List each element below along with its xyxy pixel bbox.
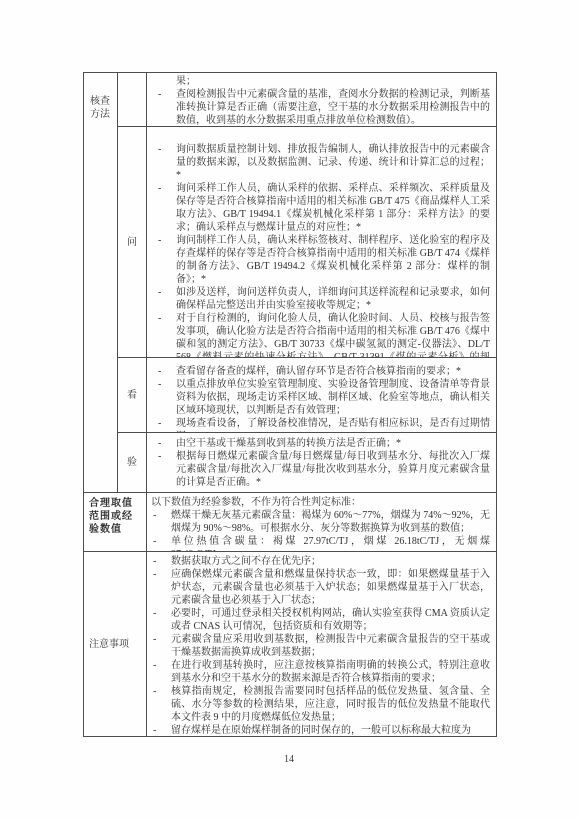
section-value-range: 合理取值范围或经验数值 以下数值为经验参数，不作为符合性判定标准： 燃煤干燥无灰… — [84, 493, 496, 552]
bullet-item: 在进行收到基转换时，应注意按核算指南明确的转换公式，特别注意收到基水分和空干基水… — [151, 659, 490, 685]
row-header-value-range: 合理取值范围或经验数值 — [84, 493, 147, 551]
bullet-dash-icon — [151, 555, 171, 568]
row-header-label: 核查方法 — [90, 96, 110, 120]
bullet-text: 查阅检测报告中元素碳含量的基准，查阅水分数据的检测记录，判断基准转换计算是否正确… — [176, 88, 490, 126]
bullet-dash-icon — [151, 568, 171, 607]
bullet-dash-icon — [156, 286, 176, 312]
bullet-dash-icon — [156, 437, 176, 450]
bullet-dash-icon — [156, 234, 176, 286]
bullet-item: 元素碳含量应采用收到基数据，检测报告中元素碳含量报告的空干基或干燥基数据需换算成… — [151, 633, 490, 659]
bullet-text: 查看留存备查的煤样，确认留存环节是否符合核算指南的要求；* — [176, 365, 490, 378]
bullet-dash-icon — [151, 535, 171, 551]
bullet-dash-icon — [156, 378, 176, 417]
bullet-dash-icon — [151, 724, 171, 736]
bullet-text: 单位热值含碳量：褐煤 27.97tC/TJ，烟煤 26.18tC/TJ，无烟煤 … — [171, 535, 490, 551]
subrow-content: 果； 查阅检测报告中元素碳含量的基准，查阅水分数据的检测记录，判断基准转换计算是… — [147, 73, 496, 126]
bullet-dash-icon — [156, 88, 176, 126]
bullet-dash-icon — [151, 659, 171, 685]
bullet-text: 在进行收到基转换时，应注意按核算指南明确的转换公式，特别注意收到基水分和空干基水… — [171, 659, 490, 685]
subrow-content: 由空干基或干燥基到收到基的转换方法是否正确；* 根据每日燃煤元素碳含量/每日燃煤… — [147, 433, 496, 492]
bullet-item: 根据每日燃煤元素碳含量/每日燃煤量/每日收到基水分、每批次入厂煤元素碳含量/每批… — [156, 450, 490, 489]
subrow-label: 验 — [118, 433, 147, 492]
bullet-text: 必要时，可通过登录相关授权机构网站，确认实验室获得 CMA 资质认定或者 CNA… — [171, 607, 490, 633]
bullet-text: 留存煤样是在原始煤样制备的同时保存的，一般可以标称最大粒度为 — [171, 724, 490, 736]
section-check-method: 核查方法 果； 查阅检测报告中元素碳含量的基准，查阅水分数据的检测记录，判断基准… — [84, 73, 496, 493]
bullet-text: 核算指南规定，检测报告需要同时包括样品的低位发热量、氢含量、全硫、水分等参数的检… — [171, 685, 490, 724]
subrow-content: 查看留存备查的煤样，确认留存环节是否符合核算指南的要求；* 以重点排放单位实验室… — [147, 358, 496, 432]
subrow-content: 询问数据质量控制计划、排放报告编制人，确认排放报告中的元素碳含量的数据来源，以及… — [147, 127, 496, 357]
value-range-content: 以下数值为经验参数，不作为符合性判定标准： 燃煤干燥无灰基元素碳含量：褐煤为 6… — [147, 493, 496, 551]
bullet-dash-icon — [151, 633, 171, 659]
subrow-continuation: 果； 查阅检测报告中元素碳含量的基准，查阅水分数据的检测记录，判断基准转换计算是… — [118, 73, 496, 126]
bullet-item: 以重点排放单位实验室管理制度、实验设备管理制度、设备清单等背景资料为依据，现场走… — [156, 378, 490, 417]
document-page: 核查方法 果； 查阅检测报告中元素碳含量的基准，查阅水分数据的检测记录，判断基准… — [0, 0, 578, 818]
value-range-lead: 以下数值为经验参数，不作为符合性判定标准： — [151, 496, 490, 509]
bullet-item: 留存煤样是在原始煤样制备的同时保存的，一般可以标称最大粒度为 — [151, 724, 490, 736]
bullet-item: 燃煤干燥无灰基元素碳含量：褐煤为 60%～77%，烟煤为 74%～92%，无烟煤… — [151, 509, 490, 535]
bullet-item: 询问数据质量控制计划、排放报告编制人，确认排放报告中的元素碳含量的数据来源，以及… — [156, 143, 490, 182]
section-notes: 注意事项 数据获取方式之间不存在优先序； 应确保燃煤元素碳含量和燃煤量保持状态一… — [84, 552, 496, 736]
verification-table: 核查方法 果； 查阅检测报告中元素碳含量的基准，查阅水分数据的检测记录，判断基准… — [83, 72, 497, 737]
subrow-label-empty — [118, 73, 147, 126]
bullet-text: 由空干基或干燥基到收到基的转换方法是否正确；* — [176, 437, 490, 450]
bullet-text: 元素碳含量应采用收到基数据，检测报告中元素碳含量报告的空干基或干燥基数据需换算成… — [171, 633, 490, 659]
bullet-dash-icon — [156, 182, 176, 234]
bullet-dash-icon — [156, 450, 176, 489]
bullet-dash-icon — [156, 417, 176, 432]
row-header-notes: 注意事项 — [84, 552, 147, 736]
subrow-label: 问 — [118, 127, 147, 357]
check-method-subrows: 果； 查阅检测报告中元素碳含量的基准，查阅水分数据的检测记录，判断基准转换计算是… — [118, 73, 496, 492]
bullet-item: 核算指南规定，检测报告需要同时包括样品的低位发热量、氢含量、全硫、水分等参数的检… — [151, 685, 490, 724]
bullet-item: 对于自行检测的，询问化验人员，确认化验时间、人员、校核与报告签发事项，确认化验方… — [156, 312, 490, 357]
continuation-text: 果； — [176, 75, 490, 88]
bullet-dash-icon — [156, 312, 176, 357]
bullet-item: 查看留存备查的煤样，确认留存环节是否符合核算指南的要求；* — [156, 365, 490, 378]
subrow-label: 看 — [118, 358, 147, 432]
bullet-item: 必要时，可通过登录相关授权机构网站，确认实验室获得 CMA 资质认定或者 CNA… — [151, 607, 490, 633]
bullet-dash-icon — [156, 143, 176, 182]
bullet-text: 如涉及送样，询问送样负责人，详细询问其送样流程和记录要求，如何确保样品完整送出并… — [176, 286, 490, 312]
bullet-item: 数据获取方式之间不存在优先序； — [151, 555, 490, 568]
bullet-item: 询问制样工作人员，确认来样标签核对、制样程序、送化验室的程序及存查煤样的保存等是… — [156, 234, 490, 286]
bullet-text: 燃煤干燥无灰基元素碳含量：褐煤为 60%～77%，烟煤为 74%～92%，无烟煤… — [171, 509, 490, 535]
bullet-dash-icon — [151, 685, 171, 724]
bullet-dash-icon — [151, 509, 171, 535]
bullet-item: 现场查看设备，了解设备校准情况，是否贴有相应标识，是否有过期情况。 — [156, 417, 490, 432]
subrow-verify: 验 由空干基或干燥基到收到基的转换方法是否正确；* 根据每日燃煤元素碳含量/每日… — [118, 432, 496, 492]
subrow-look: 看 查看留存备查的煤样，确认留存环节是否符合核算指南的要求；* 以重点排放单位实… — [118, 357, 496, 432]
bullet-text: 询问制样工作人员，确认来样标签核对、制样程序、送化验室的程序及存查煤样的保存等是… — [176, 234, 490, 286]
bullet-dash-icon — [151, 607, 171, 633]
bullet-item: 如涉及送样，询问送样负责人，详细询问其送样流程和记录要求，如何确保样品完整送出并… — [156, 286, 490, 312]
bullet-item: 应确保燃煤元素碳含量和燃煤量保持状态一致，即：如果燃煤量基于入炉状态，元素碳含量… — [151, 568, 490, 607]
bullet-text: 数据获取方式之间不存在优先序； — [171, 555, 490, 568]
bullet-item: 询问采样工作人员，确认采样的依据、采样点、采样频次、采样质量及保存等是否符合核算… — [156, 182, 490, 234]
bullet-text: 根据每日燃煤元素碳含量/每日燃煤量/每日收到基水分、每批次入厂煤元素碳含量/每批… — [176, 450, 490, 489]
bullet-text: 现场查看设备，了解设备校准情况，是否贴有相应标识，是否有过期情况。 — [176, 417, 490, 432]
row-header-label: 注意事项 — [89, 638, 129, 651]
page-number: 14 — [0, 753, 578, 766]
bullet-text: 对于自行检测的，询问化验人员，确认化验时间、人员、校核与报告签发事项，确认化验方… — [176, 312, 490, 357]
bullet-item: 单位热值含碳量：褐煤 27.97tC/TJ，烟煤 26.18tC/TJ，无烟煤 … — [151, 535, 490, 551]
bullet-item: 查阅检测报告中元素碳含量的基准，查阅水分数据的检测记录，判断基准转换计算是否正确… — [156, 88, 490, 126]
bullet-item: 由空干基或干燥基到收到基的转换方法是否正确；* — [156, 437, 490, 450]
row-header-check-method: 核查方法 — [84, 73, 118, 492]
bullet-text: 应确保燃煤元素碳含量和燃煤量保持状态一致，即：如果燃煤量基于入炉状态，元素碳含量… — [171, 568, 490, 607]
subrow-ask: 问 询问数据质量控制计划、排放报告编制人，确认排放报告中的元素碳含量的数据来源，… — [118, 126, 496, 357]
bullet-dash-icon — [156, 365, 176, 378]
bullet-text: 询问数据质量控制计划、排放报告编制人，确认排放报告中的元素碳含量的数据来源，以及… — [176, 143, 490, 182]
bullet-text: 询问采样工作人员，确认采样的依据、采样点、采样频次、采样质量及保存等是否符合核算… — [176, 182, 490, 234]
bullet-text: 以重点排放单位实验室管理制度、实验设备管理制度、设备清单等背景资料为依据，现场走… — [176, 378, 490, 417]
notes-content: 数据获取方式之间不存在优先序； 应确保燃煤元素碳含量和燃煤量保持状态一致，即：如… — [147, 552, 496, 736]
